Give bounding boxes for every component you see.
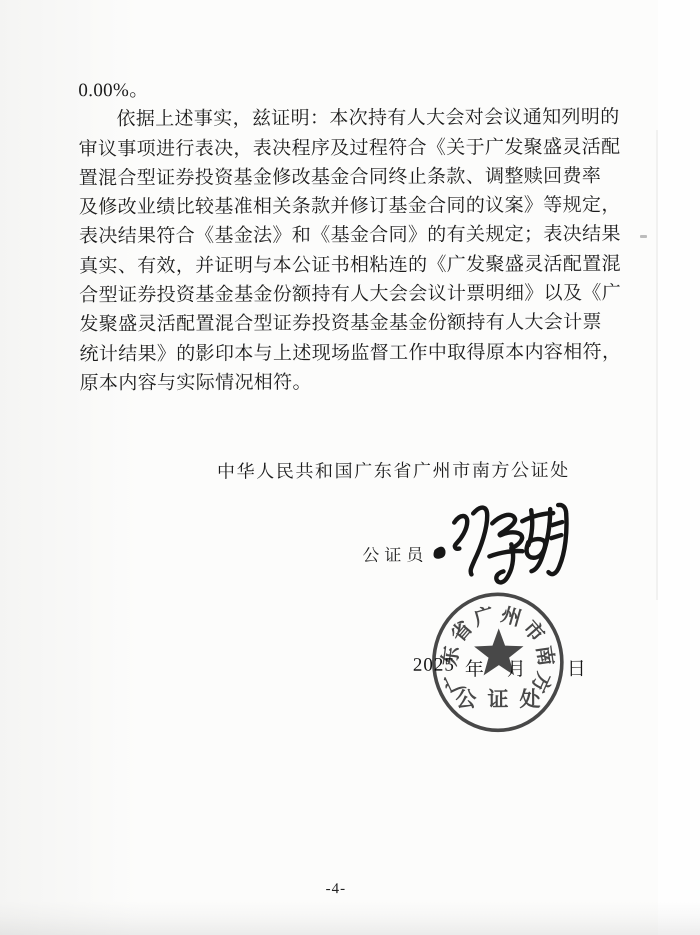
svg-text:州: 州 [498,603,523,631]
body-line: 0.00%。 [78,74,626,106]
body-line: 置混合型证券投资基金修改基金合同终止条款、调整赎回费率 [79,162,627,194]
body-line: 及修改业绩比较基准相关条款并修订基金合同的议案》等规定， [79,191,627,223]
svg-text:省: 省 [446,616,477,647]
svg-text:证: 证 [487,687,508,711]
issue-date: 2025 年 月 日 [1,653,700,682]
body-line: 发聚盛灵活配置混合型证券投资基金基金份额持有人大会计票 [79,308,627,340]
star-icon [474,628,524,675]
svg-text:广: 广 [471,602,497,631]
svg-text:处: 处 [519,687,540,711]
page-number: -4- [2,880,670,900]
body-line: 审议事项进行表决，表决程序及过程符合《关于广发聚盛灵活配 [79,132,627,164]
body-line: 原本内容与实际情况相符。 [80,367,628,399]
notary-seal: 广 东 省 广 州 市 南 方 公 证 处 [418,582,579,743]
body-line: 统计结果》的影印本与上述现场监督工作中取得原本内容相符， [79,337,627,369]
svg-text:公: 公 [455,687,476,711]
body-line: 依据上述事实，兹证明：本次持有人大会对会议通知列明的 [78,103,626,135]
svg-text:东: 东 [437,644,463,667]
notary-signature [425,500,577,598]
seal-bottom-text: 公 证 处 [455,687,540,711]
notary-office-name: 中华人民共和国广东省广州市南方公证处 [217,456,570,484]
body-line: 真实、有效，并证明与本公证书相粘连的《广发聚盛灵活配置混 [79,250,627,282]
svg-text:南: 南 [532,644,558,667]
body-paragraph: 0.00%。 依据上述事实，兹证明：本次持有人大会对会议通知列明的 审议事项进行… [78,74,627,399]
body-line: 合型证券投资基金基金份额持有人大会会议计票明细》以及《广 [79,279,627,311]
document-content: 0.00%。 依据上述事实，兹证明：本次持有人大会对会议通知列明的 审议事项进行… [0,0,700,935]
notary-title-label: 公证员 [362,541,428,566]
body-line: 表决结果符合《基金法》和《基金合同》的有关规定；表决结果 [79,220,627,252]
notary-document-page: 0.00%。 依据上述事实，兹证明：本次持有人大会对会议通知列明的 审议事项进行… [0,0,700,935]
svg-text:市: 市 [518,616,549,647]
